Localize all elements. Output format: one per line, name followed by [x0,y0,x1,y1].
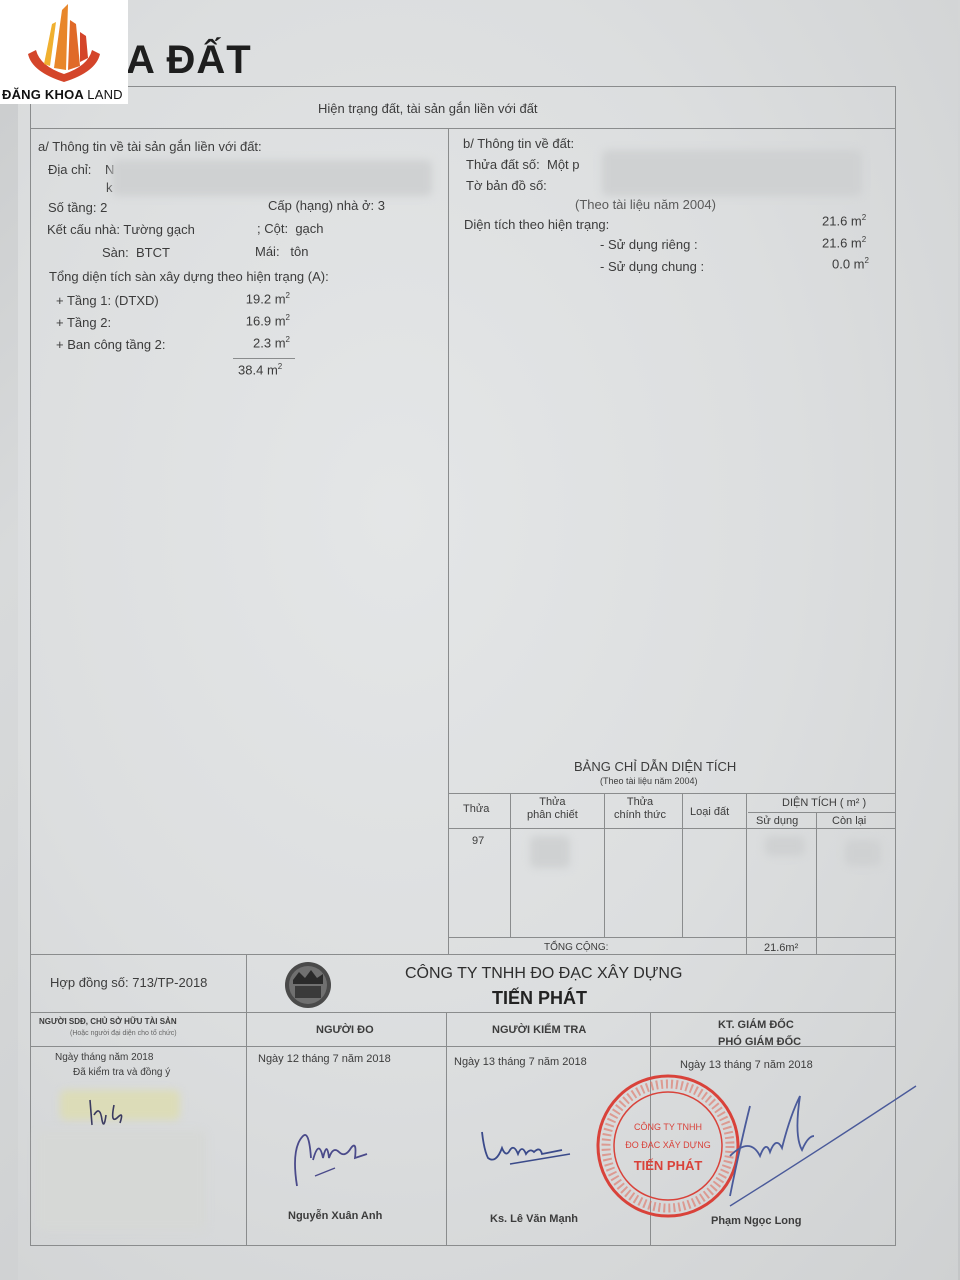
owner-title: NGƯỜI SDĐ, CHỦ SỞ HỮU TÀI SẢN [39,1017,177,1026]
private-use-value: 21.6 m2 [822,235,866,250]
area-item-label: + Tầng 2: [56,315,111,330]
source-note: (Theo tài liệu năm 2004) [575,197,716,212]
address-redacted [112,160,432,196]
checker-name: Ks. Lê Văn Mạnh [490,1213,578,1225]
grade-label: Cấp (hạng) nhà ở: 3 [268,198,385,213]
private-use-label: - Sử dụng riêng : [600,237,698,252]
director-signature [690,1076,920,1226]
area-item-label: + Ban công tầng 2: [56,337,166,352]
surveyor-signature [285,1118,385,1198]
land-heading: b/ Thông tin về đất: [463,136,574,151]
table-row-thua: 97 [472,835,484,847]
checker-date: Ngày 13 tháng 7 năm 2018 [454,1056,587,1068]
table-header-dien-tich: DIỆN TÍCH ( m² ) [782,797,866,809]
grade-value: 3 [378,198,385,213]
structure-label: Kết cấu nhà: Tường gạch [47,222,195,237]
checker-title: NGƯỜI KIỂM TRA [492,1024,586,1036]
area-total: 38.4 m2 [238,362,282,377]
floor-material: Sàn: BTCT [102,245,170,260]
table-header-con-lai: Còn lại [832,815,866,827]
surveyor-title: NGƯỜI ĐO [316,1024,374,1036]
current-area-label: Diện tích theo hiện trạng: [464,217,609,232]
table-total-label: TỔNG CỘNG: [544,942,608,953]
table-total-value: 21.6m² [764,942,798,954]
table-header-phan-chiet: Thửaphân chiết [527,796,578,822]
address-label: Địa chỉ: [48,162,91,177]
brand-logo: ĐĂNG KHOA LAND [0,0,128,104]
owner-date: Ngày tháng năm 2018 [55,1052,153,1063]
area-item-label: + Tầng 1: (DTXD) [56,293,159,308]
table-header-su-dung: Sử dụng [756,815,798,827]
table-header-loai-dat: Loại đất [690,806,729,818]
company-emblem-icon [283,960,333,1010]
parcel-label: Thửa đất số: Một p [466,157,580,172]
area-item-value: 2.3 m2 [253,335,290,350]
map-sheet-label: Tờ bản đồ số: [466,178,547,193]
area-table-subtitle: (Theo tài liệu năm 2004) [600,776,698,786]
director-date: Ngày 13 tháng 7 năm 2018 [680,1059,813,1071]
parcel-redacted [602,150,862,196]
company-name: CÔNG TY TNHH ĐO ĐẠC XÂY DỰNG [405,965,682,983]
logo-icon [22,2,106,84]
floors-value: 2 [100,200,107,215]
table-header-chinh-thuc: Thửachính thức [614,796,666,822]
table-header-thua: Thửa [463,803,489,815]
shared-use-label: - Sử dụng chung : [600,259,704,274]
owner-signature [80,1095,160,1135]
area-item-value: 16.9 m2 [246,313,290,328]
owner-note: Đã kiểm tra và đồng ý [73,1067,170,1078]
document-title: A ĐẤT [126,38,252,83]
column-label: ; Cột: gạch [257,221,324,236]
table-row-redacted [530,836,570,868]
shared-use-value: 0.0 m2 [832,256,869,271]
area-table-title: BẢNG CHỈ DẪN DIỆN TÍCH [574,759,736,774]
deputy-director-title: PHÓ GIÁM ĐỐC [718,1036,801,1048]
total-area-heading: Tổng diện tích sàn xây dựng theo hiện tr… [49,269,329,284]
director-title: KT. GIÁM ĐỐC [718,1019,794,1031]
brand-name: ĐĂNG KHOA LAND [2,87,123,102]
director-name: Phạm Ngọc Long [711,1215,801,1227]
company-brand: TIẾN PHÁT [492,988,587,1009]
asset-heading: a/ Thông tin về tài sản gắn liền với đất… [38,139,262,154]
owner-subtitle: (Hoặc người đại diện cho tổ chức) [70,1030,177,1037]
floors-label: Số tầng: 2 [48,200,107,215]
current-area-value: 21.6 m2 [822,213,866,228]
roof-material: Mái: tôn [255,244,308,259]
contract-number: Hợp đồng số: 713/TP-2018 [50,975,207,990]
section-header: Hiện trạng đất, tài sản gắn liền với đất [318,101,538,116]
area-item-value: 19.2 m2 [246,291,290,306]
surveyor-date: Ngày 12 tháng 7 năm 2018 [258,1053,391,1065]
surveyor-name: Nguyễn Xuân Anh [288,1210,382,1222]
